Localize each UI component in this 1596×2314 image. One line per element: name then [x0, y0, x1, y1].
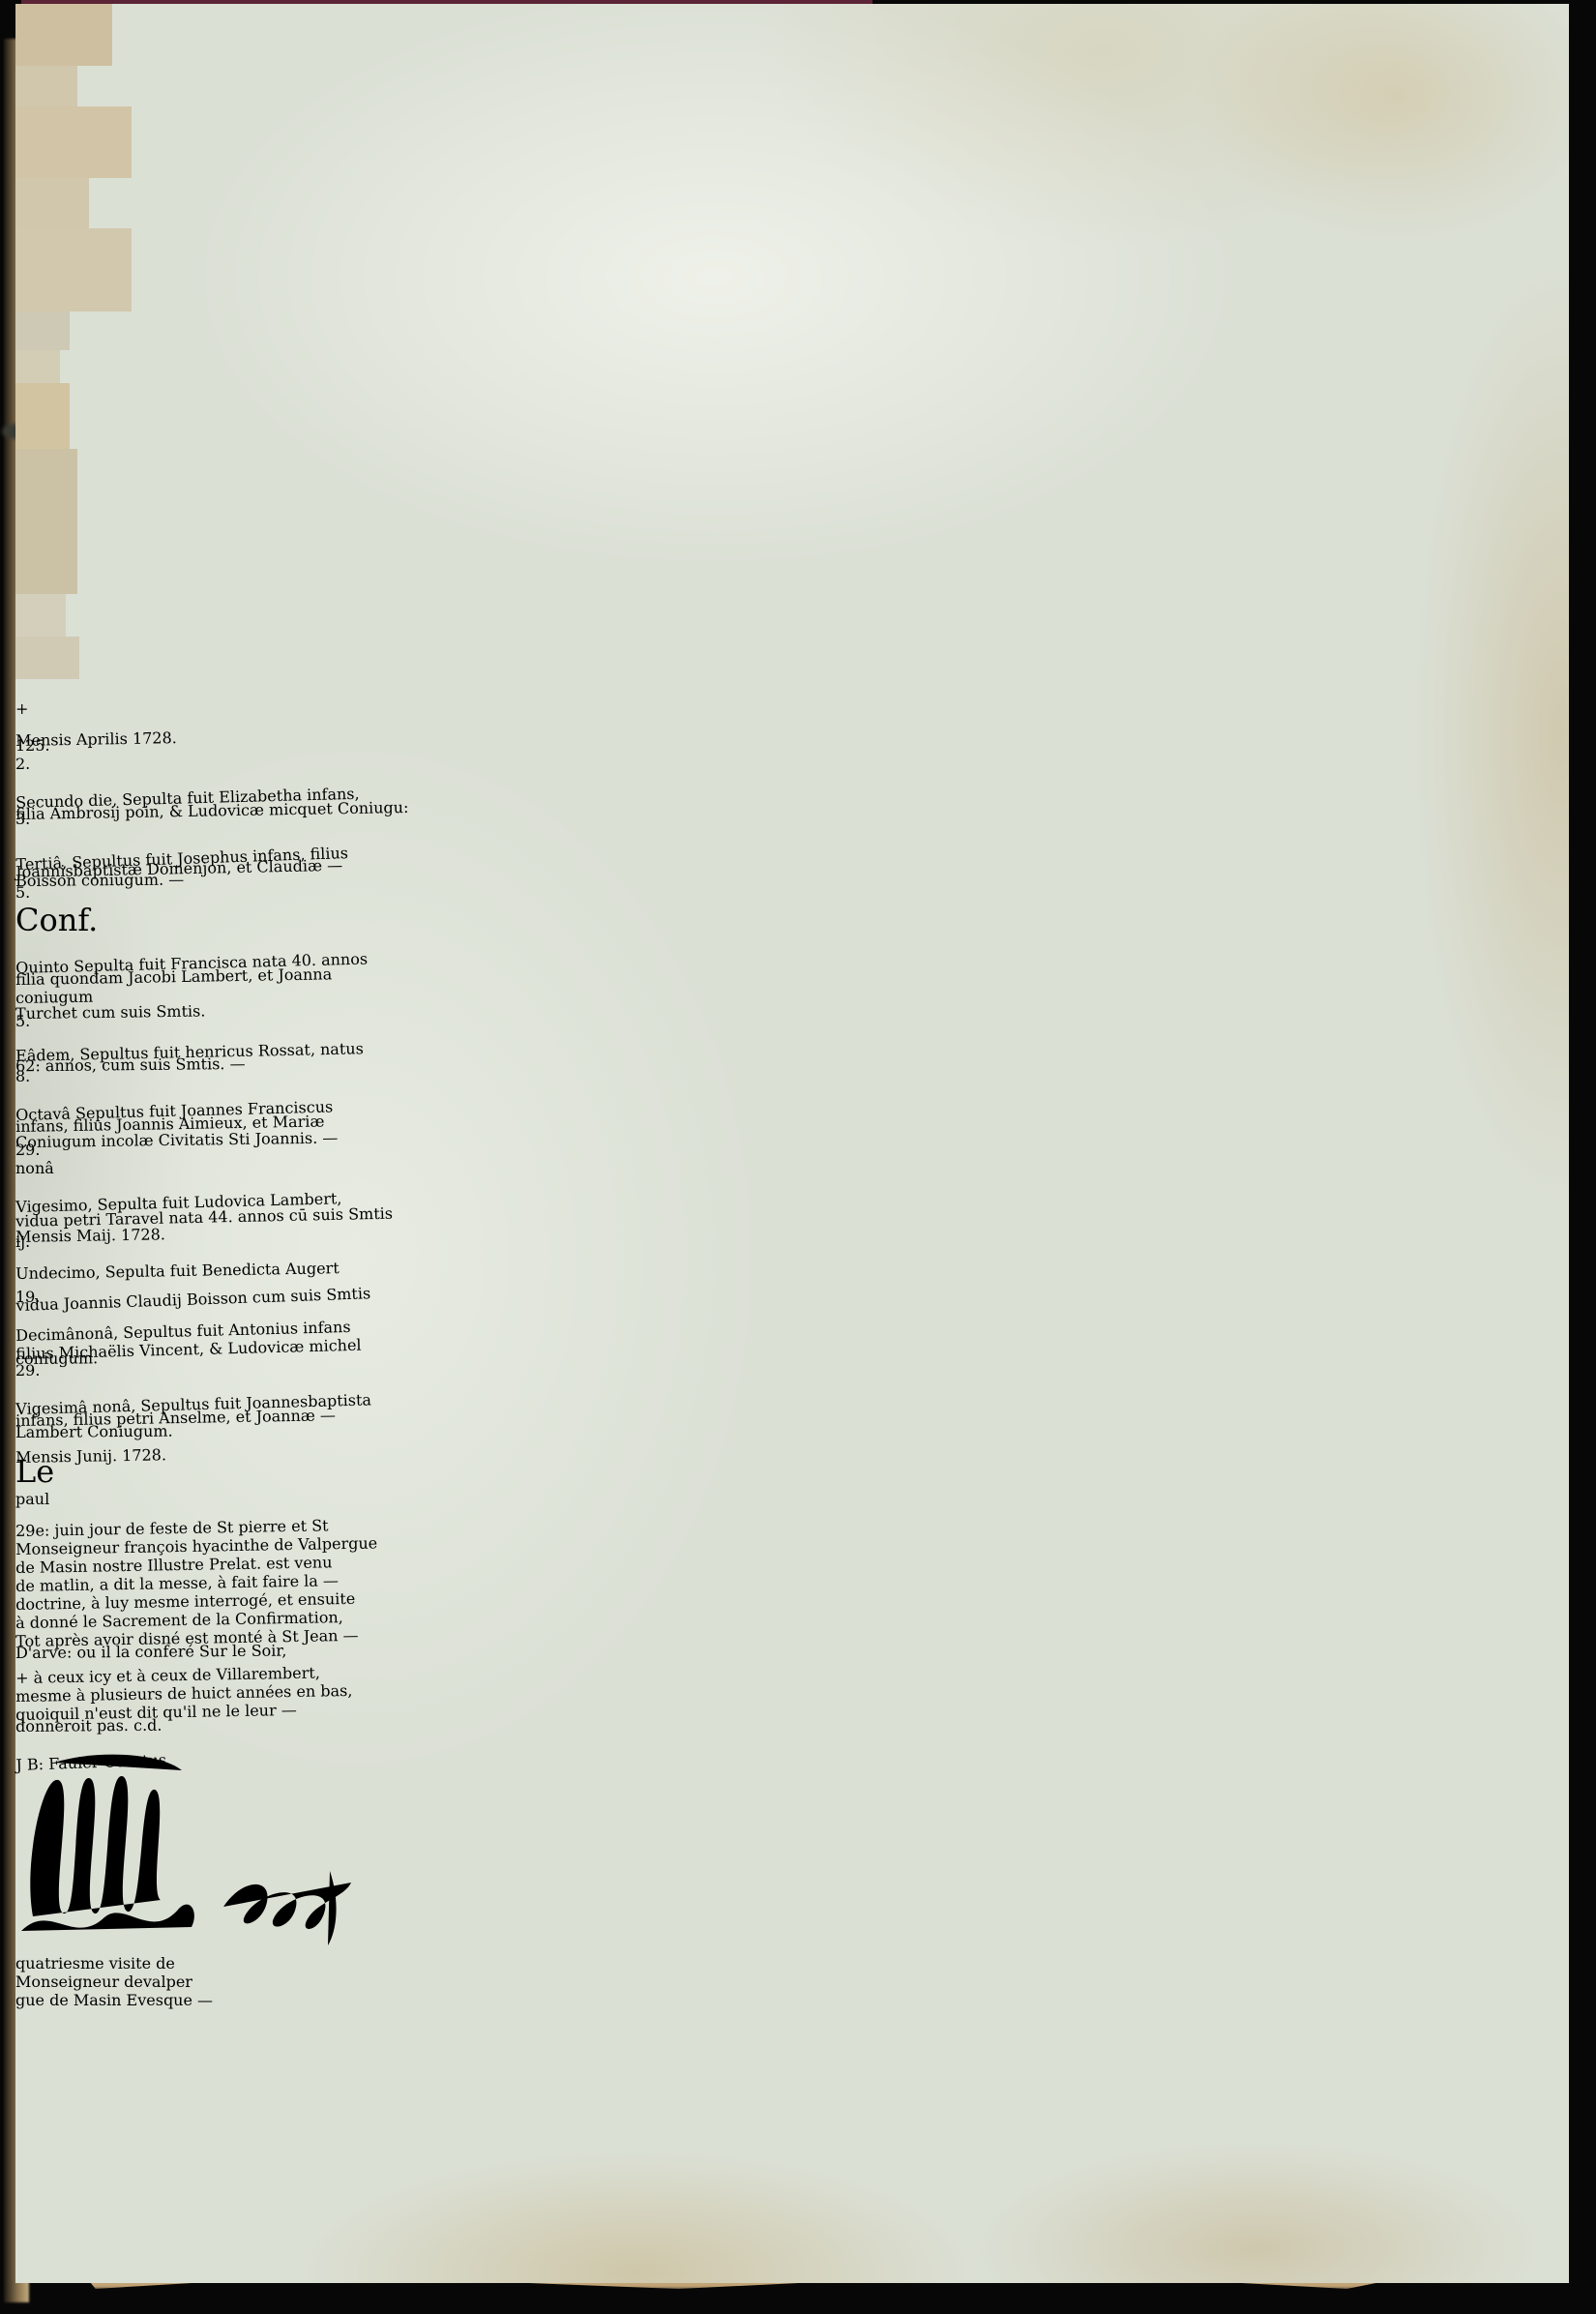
stain-spot	[15, 350, 60, 383]
register-page: + Mensis Aprilis 1728. 125. 2. Secundo d…	[15, 4, 1569, 2283]
secondary-flourish	[214, 1854, 359, 1950]
stain-spot	[15, 66, 77, 106]
signature-paraph-flourish	[15, 1747, 209, 1950]
vertical-margin-note: quatriesme visite de Monseigneur devalpe…	[15, 1954, 1569, 2009]
stain-spot	[15, 178, 89, 228]
stain-spot	[15, 311, 70, 350]
vertical-note-line: Monseigneur devalper	[15, 1973, 1569, 1991]
stain-spot	[15, 4, 112, 66]
stain-spot	[15, 228, 132, 311]
stain-spot	[15, 449, 77, 594]
stain-spot	[15, 106, 132, 178]
stain-spot	[15, 594, 66, 637]
vertical-note-line: quatriesme visite de	[15, 1954, 1569, 1973]
manuscript-scan: + Mensis Aprilis 1728. 125. 2. Secundo d…	[0, 0, 1596, 2314]
stain-spot	[15, 637, 79, 679]
vertical-note-line: gue de Masin Evesque —	[15, 1991, 1569, 2009]
stain-spot	[15, 383, 70, 449]
